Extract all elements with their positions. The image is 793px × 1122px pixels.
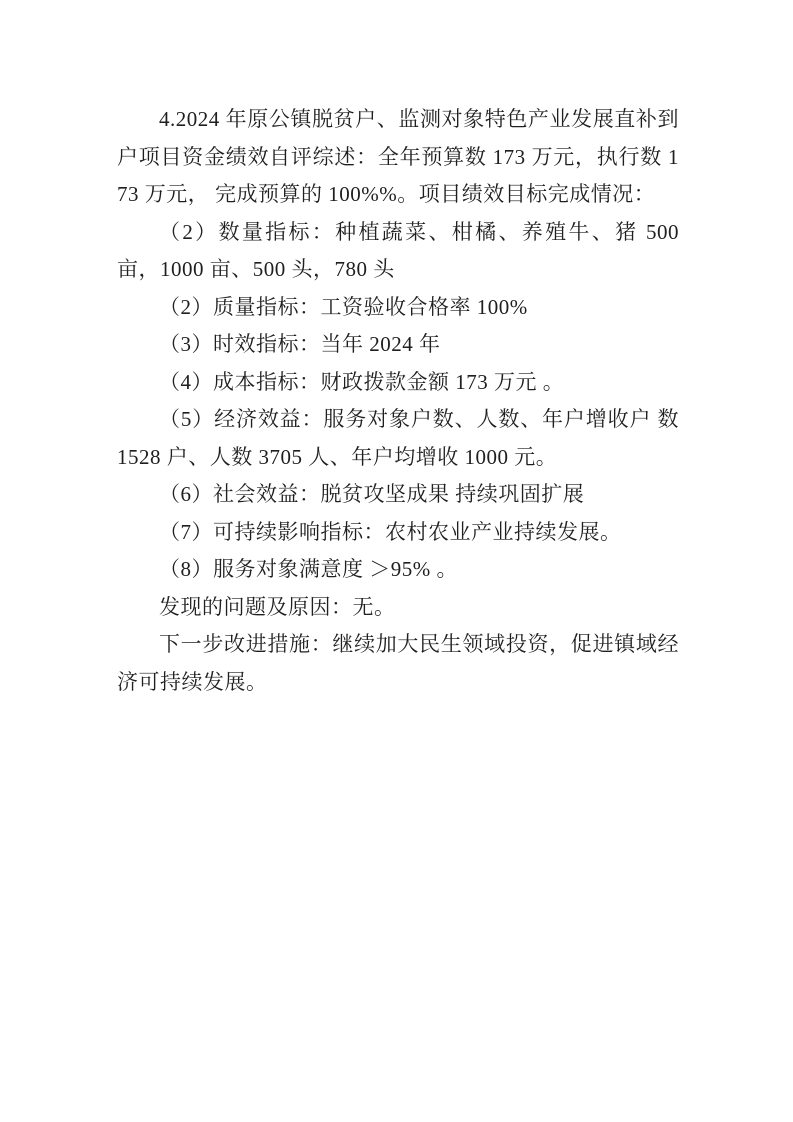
satisfaction-indicator-paragraph: （8）服务对象满意度 ＞95% 。	[117, 551, 679, 589]
quality-indicator-paragraph: （2）质量指标：工资验收合格率 100%	[117, 289, 679, 327]
quantity-indicator-paragraph: （2）数量指标：种植蔬菜、柑橘、养殖牛、猪 500 亩，1000 亩、500 头…	[117, 214, 679, 289]
problems-found-paragraph: 发现的问题及原因：无。	[117, 589, 679, 627]
document-body-text: 4.2024 年原公镇脱贫户、监测对象特色产业发展直补到户项目资金绩效自评综述：…	[117, 101, 679, 701]
next-steps-paragraph: 下一步改进措施：继续加大民生领域投资，促进镇域经济可持续发展。	[117, 626, 679, 701]
summary-paragraph: 4.2024 年原公镇脱贫户、监测对象特色产业发展直补到户项目资金绩效自评综述：…	[117, 101, 679, 214]
sustainability-indicator-paragraph: （7）可持续影响指标：农村农业产业持续发展。	[117, 514, 679, 552]
social-benefit-paragraph: （6）社会效益：脱贫攻坚成果 持续巩固扩展	[117, 476, 679, 514]
economic-benefit-paragraph: （5）经济效益：服务对象户数、人数、年户增收户 数 1528 户、人数 3705…	[117, 401, 679, 476]
cost-indicator-paragraph: （4）成本指标：财政拨款金额 173 万元 。	[117, 364, 679, 402]
document-page: 4.2024 年原公镇脱贫户、监测对象特色产业发展直补到户项目资金绩效自评综述：…	[0, 0, 793, 1122]
timeliness-indicator-paragraph: （3）时效指标：当年 2024 年	[117, 326, 679, 364]
